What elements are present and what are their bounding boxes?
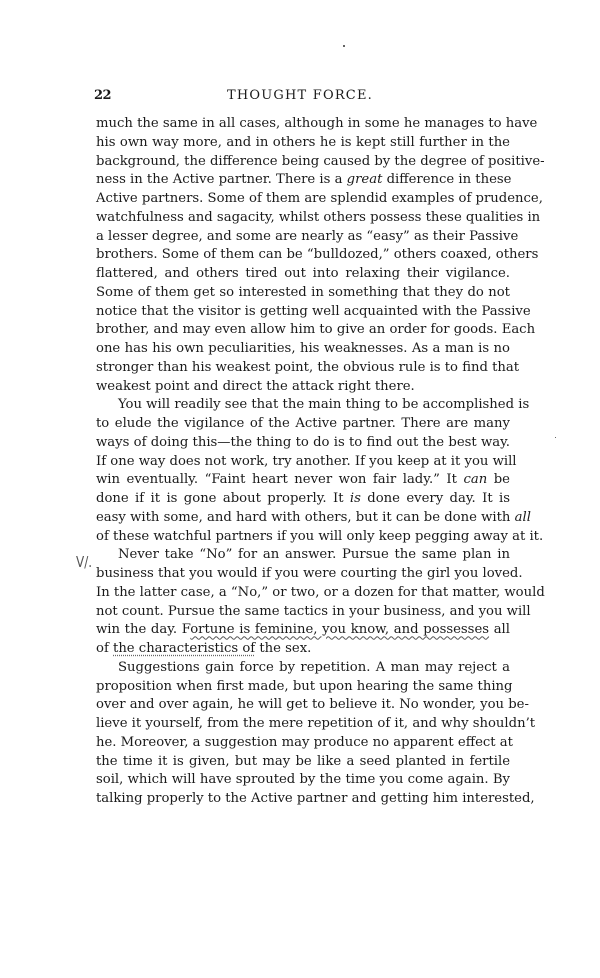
scanned-book-page: 22 THOUGHT FORCE. V/. much the same in a… <box>0 0 600 978</box>
scan-speck <box>555 437 556 438</box>
text-line: the time it is given, but may be like a … <box>96 753 510 772</box>
margin-annotation-mark: V/. <box>76 553 92 571</box>
emphasis-can: can <box>463 472 487 487</box>
text-line: soil, which will have sprouted by the ti… <box>96 771 510 790</box>
text-line: brother, and may even allow him to give … <box>96 321 510 340</box>
text-line: ness in the Active partner. There is a g… <box>96 171 510 190</box>
emphasis-all: all <box>515 510 531 525</box>
text-line: lieve it yourself, from the mere repetit… <box>96 715 510 734</box>
paragraph-never-take-no: Never take “No” for an answer. Pursue th… <box>96 546 510 659</box>
text-line: business that you would if you were cour… <box>96 565 510 584</box>
text-line: win the day. Fortune is feminine, you kn… <box>96 621 510 640</box>
text-line: watchfulness and sagacity, whilst others… <box>96 209 510 228</box>
text-line: You will readily see that the main thing… <box>96 396 510 415</box>
text-line: his own way more, and in others he is ke… <box>96 134 510 153</box>
text-run: easy with some, and hard with others, bu… <box>96 510 515 525</box>
emphasis-is: is <box>350 491 361 506</box>
text-line: Some of them get so interested in someth… <box>96 284 510 303</box>
handwritten-underline: the characteristics of <box>113 641 255 656</box>
text-run: all <box>489 622 510 637</box>
text-line: flattered, and others tired out into rel… <box>96 265 510 284</box>
text-run: the sex. <box>255 641 311 656</box>
handwritten-underline: ortune is feminine, you know, and posses… <box>190 622 489 637</box>
text-line: stronger than his weakest point, the obv… <box>96 359 510 378</box>
text-line: proposition when first made, but upon he… <box>96 678 510 697</box>
text-line: Suggestions gain force by repetition. A … <box>96 659 510 678</box>
text-line: not count. Pursue the same tactics in yo… <box>96 603 510 622</box>
paragraph-suggestions-repetition: Suggestions gain force by repetition. A … <box>96 659 510 809</box>
text-line: talking properly to the Active partner a… <box>96 790 510 809</box>
text-run: of <box>96 641 113 656</box>
text-line: one has his own peculiarities, his weakn… <box>96 340 510 359</box>
text-line: ways of doing this—the thing to do is to… <box>96 434 510 453</box>
text-run: win the day. F <box>96 622 190 637</box>
text-line: to elude the vigilance of the Active par… <box>96 415 510 434</box>
text-line: notice that the visitor is getting well … <box>96 303 510 322</box>
text-line: Never take “No” for an answer. Pursue th… <box>96 546 510 565</box>
running-head: 22 THOUGHT FORCE. <box>94 88 506 106</box>
text-run: difference in these <box>382 172 511 187</box>
text-run: done if it is gone about properly. It <box>96 491 350 506</box>
text-line: of the characteristics of the sex. <box>96 640 510 659</box>
text-line: background, the difference being caused … <box>96 153 510 172</box>
paragraph-continued: much the same in all cases, although in … <box>96 115 510 396</box>
text-run: win eventually. “Faint heart never won f… <box>96 472 463 487</box>
paragraph-elude-vigilance: You will readily see that the main thing… <box>96 396 510 546</box>
text-line: win eventually. “Faint heart never won f… <box>96 471 510 490</box>
text-line: If one way does not work, try another. I… <box>96 453 510 472</box>
running-title: THOUGHT FORCE. <box>94 88 506 103</box>
text-line: much the same in all cases, although in … <box>96 115 510 134</box>
text-run: ness in the Active partner. There is a <box>96 172 347 187</box>
text-line: he. Moreover, a suggestion may produce n… <box>96 734 510 753</box>
text-line: done if it is gone about properly. It is… <box>96 490 510 509</box>
body-text: much the same in all cases, although in … <box>96 115 510 809</box>
text-line: Active partners. Some of them are splend… <box>96 190 510 209</box>
text-line: In the latter case, a “No,” or two, or a… <box>96 584 510 603</box>
scan-speck <box>343 45 345 47</box>
text-run: done every day. It is <box>361 491 510 506</box>
text-line: of these watchful partners if you will o… <box>96 528 510 547</box>
text-line: brothers. Some of them can be “bulldozed… <box>96 246 510 265</box>
text-line: a lesser degree, and some are nearly as … <box>96 228 510 247</box>
text-line: over and over again, he will get to beli… <box>96 696 510 715</box>
text-run: be <box>487 472 510 487</box>
emphasis-great: great <box>347 172 383 187</box>
text-line: easy with some, and hard with others, bu… <box>96 509 510 528</box>
text-line: weakest point and direct the attack righ… <box>96 378 510 397</box>
